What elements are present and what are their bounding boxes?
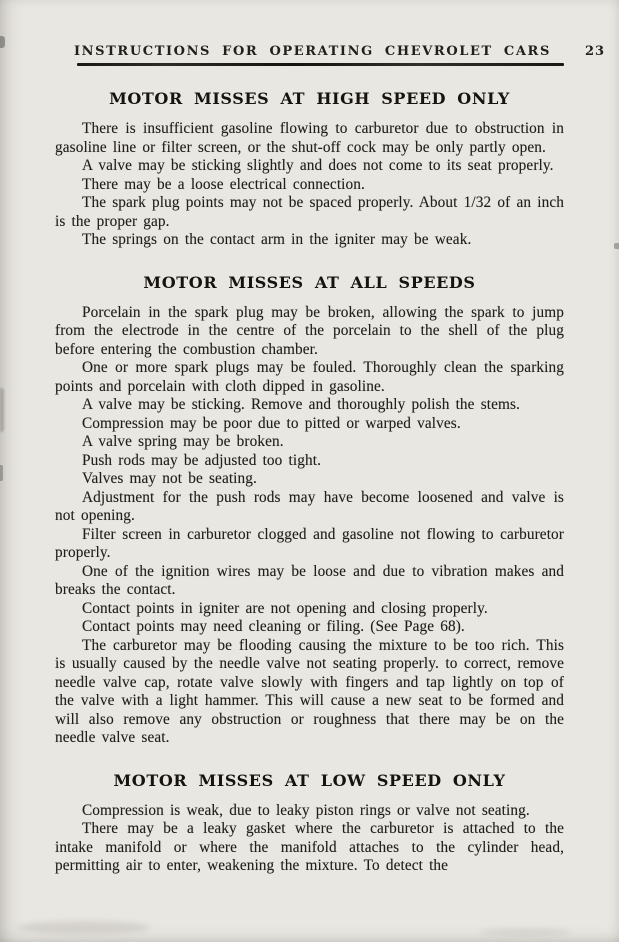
paragraph: One of the ignition wires may be loose a…: [55, 563, 564, 600]
paragraph: The carburetor may be flooding causing t…: [55, 637, 564, 748]
paragraph: A valve may be sticking. Remove and thor…: [55, 396, 564, 415]
paragraph: There may be a loose electrical connecti…: [55, 176, 564, 195]
section: MOTOR MISSES AT HIGH SPEED ONLY There is…: [55, 89, 564, 250]
section-heading: MOTOR MISSES AT ALL SPEEDS: [55, 273, 564, 292]
paragraph: There may be a leaky gasket where the ca…: [55, 820, 564, 876]
paragraph: Compression is weak, due to leaky piston…: [55, 802, 564, 821]
section-heading: MOTOR MISSES AT LOW SPEED ONLY: [55, 771, 564, 790]
paragraph: Push rods may be adjusted too tight.: [55, 452, 564, 471]
paragraph: Contact points in igniter are not openin…: [55, 600, 564, 619]
page-content: MOTOR MISSES AT HIGH SPEED ONLY There is…: [55, 89, 564, 876]
paragraph: Filter screen in carburetor clogged and …: [55, 526, 564, 563]
scan-edge-mark: [0, 36, 5, 48]
paragraph: Valves may not be seating.: [55, 470, 564, 489]
paragraph: Adjustment for the push rods may have be…: [55, 489, 564, 526]
section-heading: MOTOR MISSES AT HIGH SPEED ONLY: [55, 89, 564, 108]
section: MOTOR MISSES AT LOW SPEED ONLY Compressi…: [55, 771, 564, 876]
paragraph: There is insufficient gasoline flowing t…: [55, 120, 564, 157]
paragraph: The springs on the contact arm in the ig…: [55, 231, 564, 250]
scan-edge-mark: [614, 243, 619, 249]
scan-edge-mark: [0, 465, 3, 481]
section: MOTOR MISSES AT ALL SPEEDS Porcelain in …: [55, 273, 564, 748]
paragraph: A valve spring may be broken.: [55, 433, 564, 452]
book-page: INSTRUCTIONS FOR OPERATING CHEVROLET CAR…: [0, 0, 619, 942]
paragraph: Compression may be poor due to pitted or…: [55, 415, 564, 434]
paragraph: The spark plug points may not be spaced …: [55, 194, 564, 231]
paragraph: Contact points may need cleaning or fili…: [55, 618, 564, 637]
paragraph: A valve may be sticking slightly and doe…: [55, 157, 564, 176]
scan-edge-mark: [0, 388, 4, 432]
paragraph: One or more spark plugs may be fouled. T…: [55, 359, 564, 396]
scan-smudge: [18, 921, 150, 934]
header-rule: [77, 63, 564, 66]
scan-smudge: [480, 928, 570, 936]
running-header-title: INSTRUCTIONS FOR OPERATING CHEVROLET CAR…: [74, 44, 551, 59]
page-column: INSTRUCTIONS FOR OPERATING CHEVROLET CAR…: [55, 0, 564, 876]
page-number: 23: [585, 44, 605, 59]
running-header: INSTRUCTIONS FOR OPERATING CHEVROLET CAR…: [55, 0, 564, 59]
paragraph: Porcelain in the spark plug may be broke…: [55, 304, 564, 360]
